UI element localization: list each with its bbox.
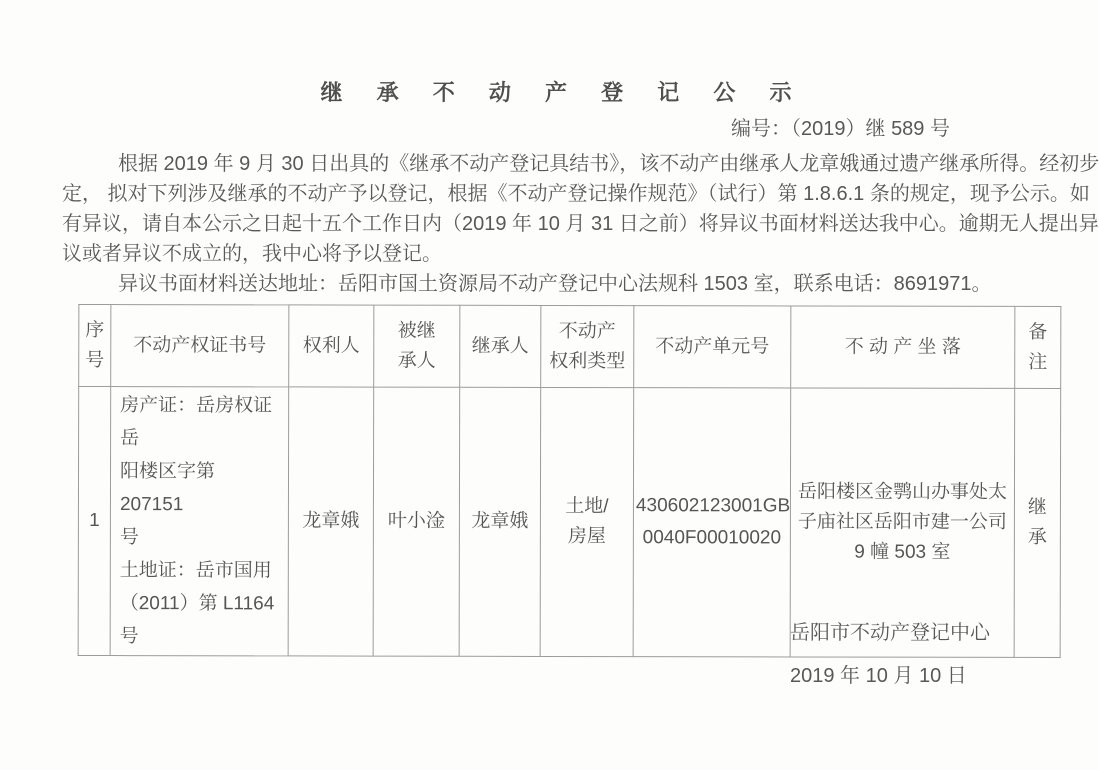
page-title: 继 承 不 动 产 登 记 公 示 [62, 76, 1038, 107]
col-header-seq: 序 号 [79, 304, 111, 386]
scanned-notice-page: 继 承 不 动 产 登 记 公 示 编号：（2019）继 589 号 根据 20… [0, 0, 1099, 770]
cell-decedent: 叶小淦 [373, 387, 460, 656]
table-header-row: 序 号 不动产权证书号 权利人 被继 承人 继承人 不动产 权利类型 不动产单元… [79, 304, 1061, 388]
notice-body: 根据 2019 年 9 月 30 日出具的《继承不动产登记具结书》，该不动产由继… [62, 149, 1038, 299]
body-line-delivery-address: 异议书面材料送达地址：岳阳市国土资源局不动产登记中心法规科 1503 室，联系电… [62, 269, 1038, 299]
body-line: 根据 2019 年 9 月 30 日出具的《继承不动产登记具结书》，该不动产由继… [62, 149, 1038, 179]
signature-org: 岳阳市不动产登记中心 [790, 616, 990, 645]
cell-cert-no: 房产证：岳房权证岳 阳楼区字第 207151 号 土地证：岳市国用 （2011）… [110, 387, 289, 656]
cell-right-type: 土地/ 房屋 [540, 387, 634, 656]
col-header-unit-no: 不动产单元号 [634, 306, 791, 388]
col-header-heir: 继承人 [460, 305, 541, 387]
body-line: 定， 拟对下列涉及继承的不动产予以登记，根据《不动产登记操作规范》（试行）第 1… [62, 179, 1038, 209]
cell-unit-no: 430602123001GB0 0040F00010020 [633, 388, 791, 657]
signature-block: 岳阳市不动产登记中心 2019 年 10 月 10 日 [790, 616, 990, 688]
col-header-right-type: 不动产 权利类型 [541, 305, 634, 387]
signature-date: 2019 年 10 月 10 日 [790, 659, 990, 688]
col-header-decedent: 被继 承人 [374, 305, 460, 387]
cell-heir: 龙章娥 [459, 387, 541, 656]
col-header-location: 不 动 产 坐 落 [791, 306, 1015, 388]
registration-table: 序 号 不动产权证书号 权利人 被继 承人 继承人 不动产 权利类型 不动产单元… [78, 304, 1062, 658]
col-header-right-holder: 权利人 [289, 305, 374, 387]
col-header-remark: 备 注 [1015, 306, 1061, 388]
body-line: 议或者异议不成立的，我中心将予以登记。 [62, 239, 1038, 269]
cell-right-holder: 龙章娥 [288, 387, 374, 656]
document-content: 继 承 不 动 产 登 记 公 示 编号：（2019）继 589 号 根据 20… [62, 0, 1038, 657]
col-header-cert-no: 不动产权证书号 [111, 305, 289, 387]
body-line: 有异议，请自本公示之日起十五个工作日内（2019 年 10 月 31 日之前）将… [62, 209, 1038, 239]
document-number: 编号：（2019）继 589 号 [62, 112, 1038, 141]
cell-remark: 继 承 [1014, 388, 1061, 657]
cell-seq: 1 [78, 386, 111, 655]
